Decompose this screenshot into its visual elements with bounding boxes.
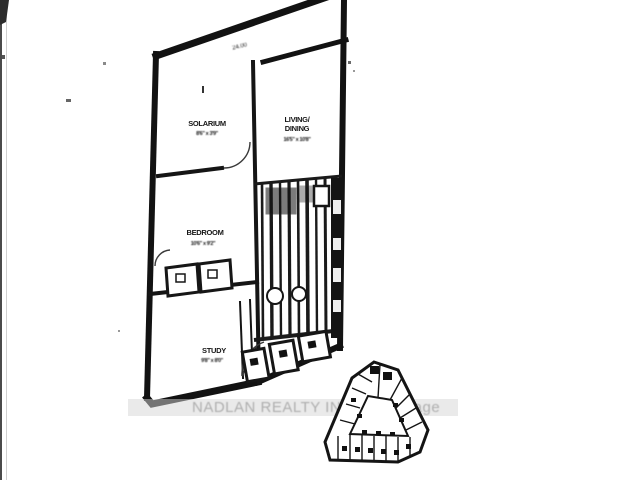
key-plan xyxy=(0,0,640,480)
highlighted-unit xyxy=(370,366,379,374)
floor-plan-scan: SOLARIUM 8'6" x 3'9" LIVING/ DINING 16'5… xyxy=(0,0,640,480)
